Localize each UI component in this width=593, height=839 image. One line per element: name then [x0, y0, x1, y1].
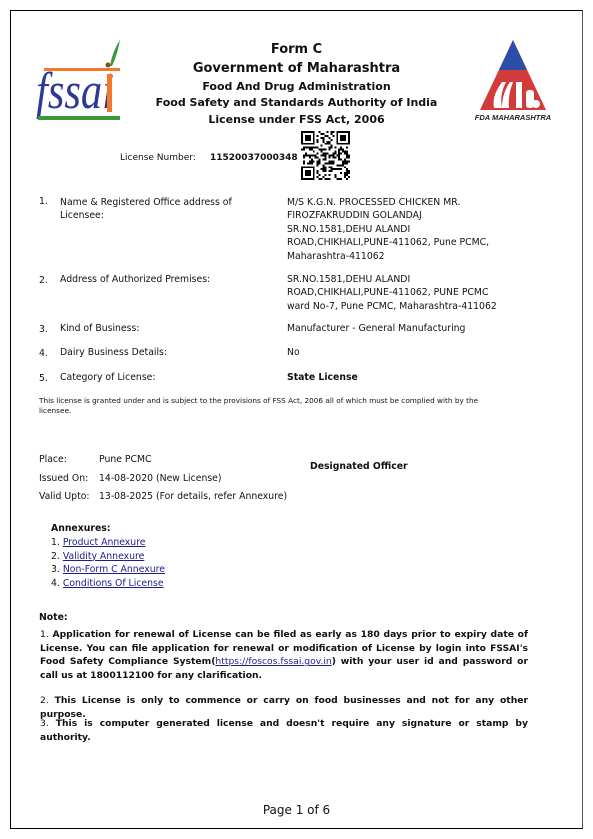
annexure-item: 3. Non-Form C Annexure — [51, 563, 165, 577]
annexure-link[interactable]: Product Annexure — [63, 537, 146, 548]
field-label: Dairy Business Details: — [60, 346, 167, 359]
valid-upto-value: 13-08-2025 (For details, refer Annexure) — [99, 488, 287, 507]
field-value: No — [287, 346, 300, 359]
issued-on-label: Issued On: — [39, 470, 90, 489]
field-number: 1. — [39, 196, 48, 207]
issued-on-value: 14-08-2020 (New License) — [99, 470, 287, 489]
annexures-list: 1. Product Annexure2. Validity Annexure3… — [51, 536, 165, 590]
act-title: License under FSS Act, 2006 — [0, 113, 593, 126]
issue-labels: Place: Issued On: Valid Upto: — [39, 451, 90, 507]
field-number: 5. — [39, 373, 48, 384]
field-value: State License — [287, 371, 358, 384]
field-number: 2. — [39, 275, 48, 286]
annexure-item: 2. Validity Annexure — [51, 550, 165, 564]
qr-code-icon — [301, 131, 350, 180]
annexure-link[interactable]: Non-Form C Annexure — [63, 564, 165, 575]
field-label: Kind of Business: — [60, 322, 139, 335]
annexures-title: Annexures: — [51, 522, 111, 535]
issue-values: Pune PCMC 14-08-2020 (New License) 13-08… — [99, 451, 287, 507]
field-label: Address of Authorized Premises: — [60, 273, 210, 286]
field-value: M/S K.G.N. PROCESSED CHICKEN MR.FIROZFAK… — [287, 196, 489, 263]
government-title: Government of Maharashtra — [0, 61, 593, 76]
annexure-item: 4. Conditions Of License — [51, 577, 165, 591]
field-label: Category of License: — [60, 371, 156, 384]
place-label: Place: — [39, 451, 90, 470]
license-number: 11520037000348 — [210, 153, 298, 163]
valid-upto-label: Valid Upto: — [39, 488, 90, 507]
designated-officer: Designated Officer — [310, 460, 408, 473]
note-title: Note: — [39, 611, 68, 624]
authority-title: Food Safety and Standards Authority of I… — [0, 96, 593, 109]
form-title: Form C — [0, 42, 593, 57]
field-value: SR.NO.1581,DEHU ALANDIROAD,CHIKHALI,PUNE… — [287, 273, 497, 313]
field-number: 4. — [39, 348, 48, 359]
note-item-1: 1. Application for renewal of License ca… — [40, 628, 528, 682]
field-number: 3. — [39, 324, 48, 335]
page-number: Page 1 of 6 — [0, 803, 593, 817]
license-number-label: License Number: — [120, 153, 196, 163]
department-title: Food And Drug Administration — [0, 80, 593, 93]
field-label: Name & Registered Office address ofLicen… — [60, 196, 232, 223]
disclaimer: This license is granted under and is sub… — [39, 396, 478, 416]
annexure-link[interactable]: Validity Annexure — [63, 551, 145, 562]
annexure-link[interactable]: Conditions Of License — [63, 578, 164, 589]
place-value: Pune PCMC — [99, 451, 287, 470]
annexure-item: 1. Product Annexure — [51, 536, 165, 550]
note-item-3: 3. This is computer generated license an… — [40, 717, 528, 744]
field-value: Manufacturer - General Manufacturing — [287, 322, 465, 335]
foscos-link[interactable]: https://foscos.fssai.gov.in — [215, 656, 331, 667]
